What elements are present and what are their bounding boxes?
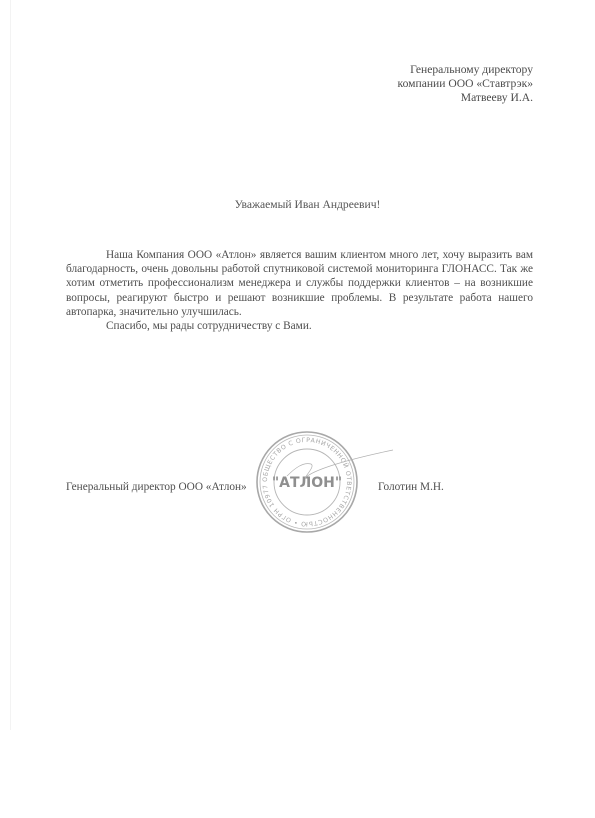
recipient-line-position: Генеральному директору xyxy=(398,63,533,77)
salutation: Уважаемый Иван Андреевич! xyxy=(0,198,595,211)
signatory-name: Голотин М.Н. xyxy=(378,481,444,493)
body-paragraph-thanks: Спасибо, мы рады сотрудничеству с Вами. xyxy=(66,319,533,333)
signatory-title: Генеральный директор ООО «Атлон» xyxy=(66,481,247,493)
recipient-line-company: компании ООО «Ставтрэк» xyxy=(398,77,533,91)
letter-body: Наша Компания ООО «Атлон» является вашим… xyxy=(66,248,533,333)
letter-page: Генеральному директору компании ООО «Ста… xyxy=(0,0,595,818)
scan-edge-line xyxy=(10,0,11,730)
body-paragraph-main: Наша Компания ООО «Атлон» является вашим… xyxy=(66,248,533,319)
recipient-line-name: Матвееву И.А. xyxy=(398,91,533,105)
recipient-block: Генеральному директору компании ООО «Ста… xyxy=(398,63,533,106)
